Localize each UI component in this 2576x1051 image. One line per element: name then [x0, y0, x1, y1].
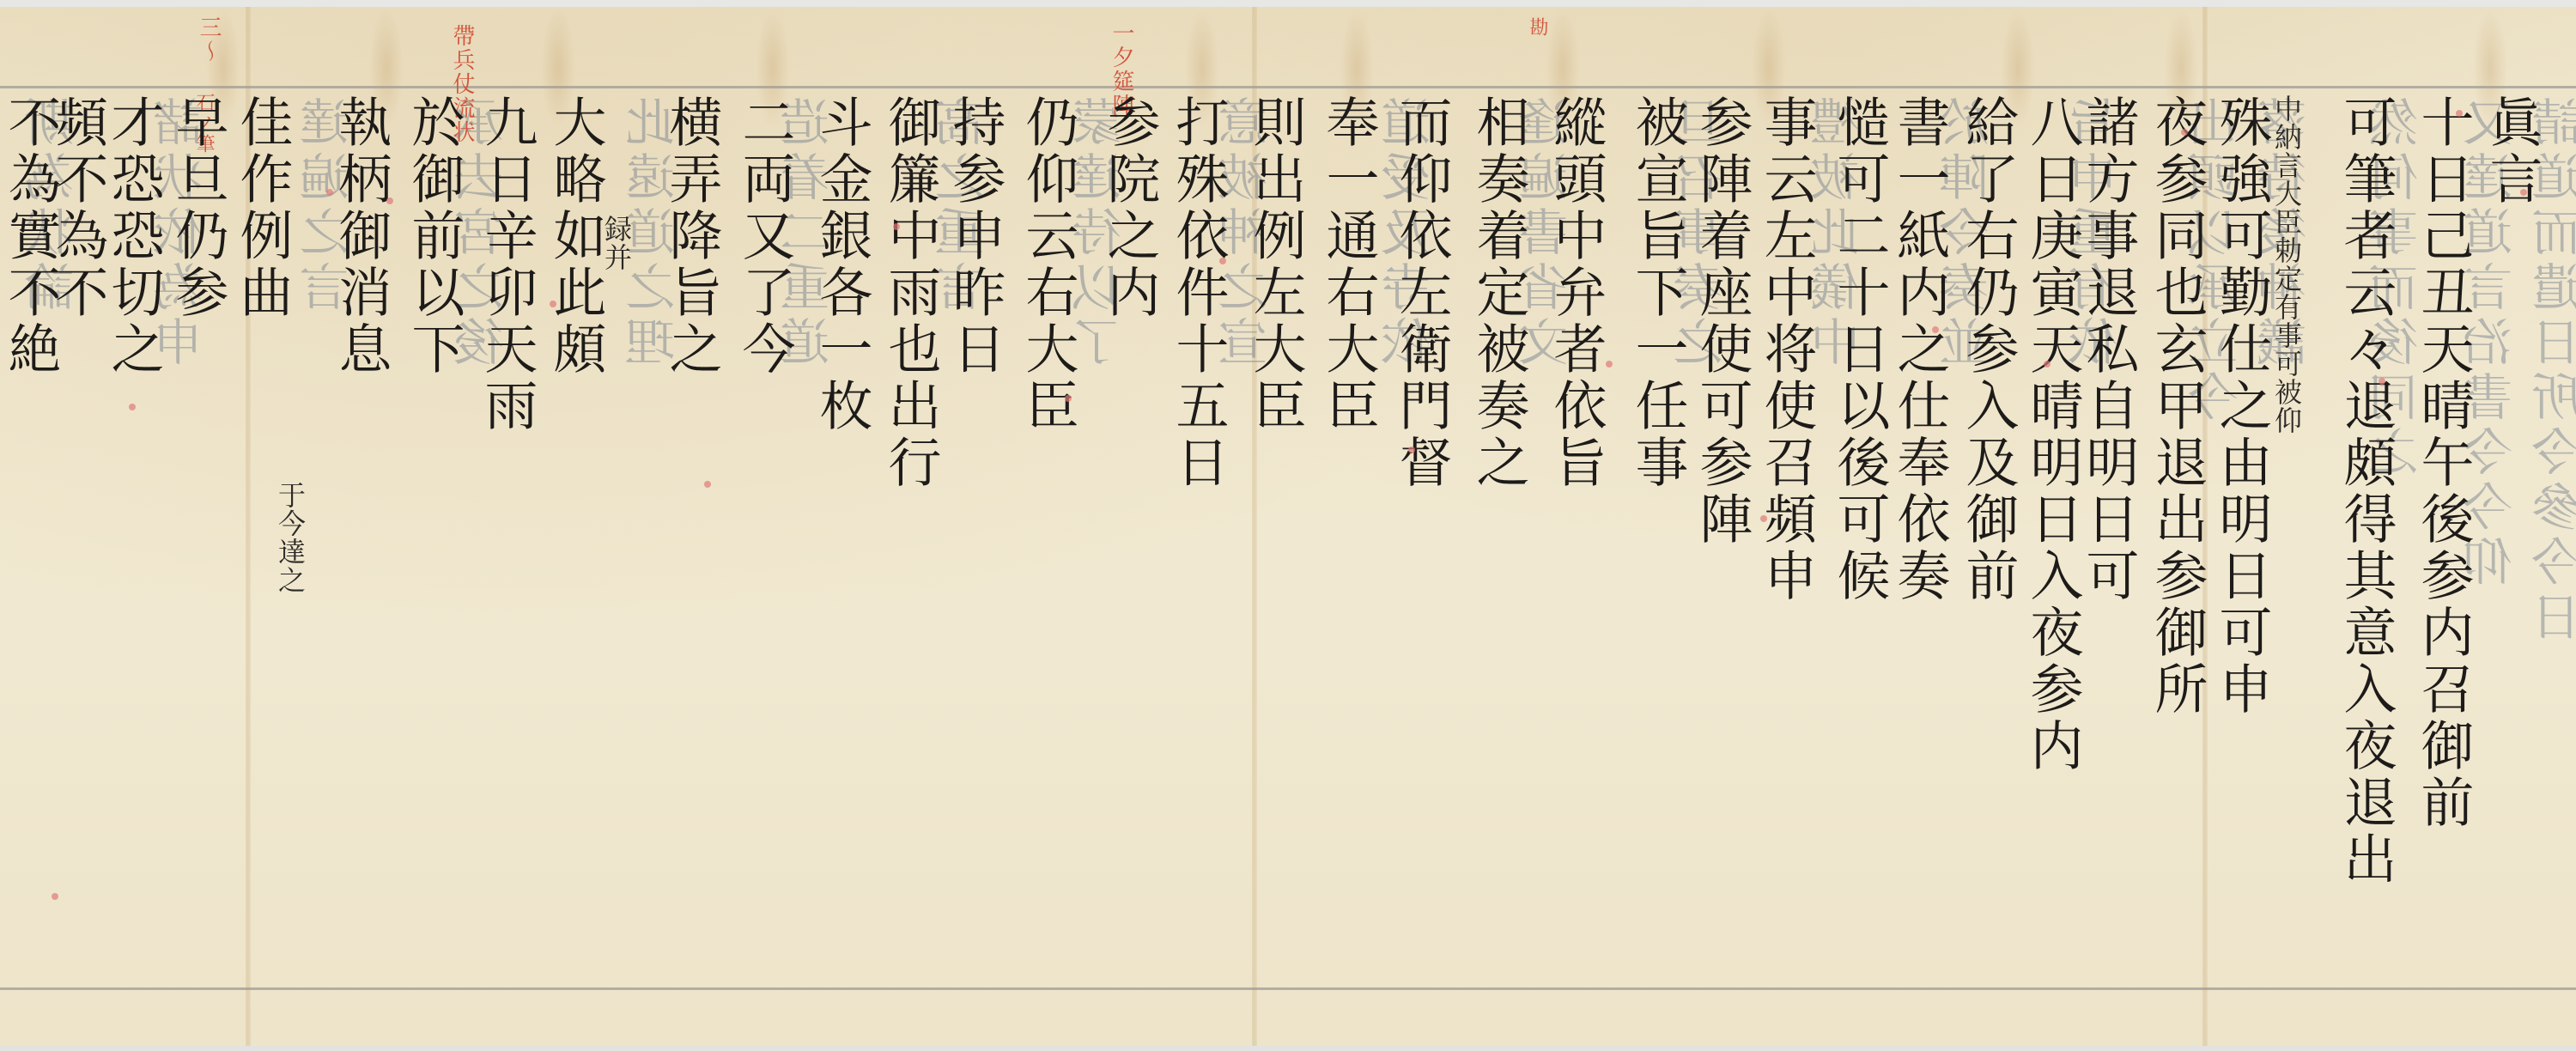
text-column: 事云左中将使召頻申	[1756, 94, 1816, 604]
text-column: 参院之内	[1099, 94, 1159, 321]
text-column: 殊強可勤仕之由明日可申	[2211, 94, 2271, 718]
red-collation-mark	[1606, 361, 1613, 368]
text-column: 夜参同也玄甲退出参御所	[2147, 94, 2207, 718]
upper-ruling-line	[0, 86, 2576, 88]
text-column: 而仰依左衛門督	[1391, 94, 1451, 491]
text-column: 縱頭中弁者依旨	[1546, 94, 1606, 491]
interlinear-note: 中納言大臣勅定有事可被仰	[2271, 94, 2302, 434]
lower-ruling-line	[0, 987, 2576, 990]
red-collation-mark	[326, 189, 333, 196]
text-column: 眞言	[2482, 94, 2542, 208]
text-column: 参陣着座使可参陣	[1692, 94, 1752, 548]
text-column: 横弄降旨之	[661, 94, 721, 378]
red-collation-mark	[52, 893, 58, 900]
red-collation-mark	[1760, 515, 1767, 522]
red-annotation: 三〜	[193, 15, 225, 64]
red-collation-mark	[550, 301, 556, 307]
text-column: 御簾中雨也出行	[880, 94, 940, 491]
text-column: 執柄御消息	[331, 94, 391, 378]
text-column: 被宣旨下一任事	[1627, 94, 1687, 491]
red-collation-mark	[386, 197, 393, 204]
text-column: 大略如此頗	[545, 94, 605, 378]
text-column: 八日庚寅天晴明日入夜参内	[2022, 94, 2082, 775]
text-column: 九日辛卯天雨	[477, 94, 537, 434]
text-column: 不為實不絶	[0, 94, 60, 378]
red-collation-mark	[129, 404, 136, 410]
red-collation-mark	[2044, 361, 2050, 368]
text-column: 則出例左大臣	[1245, 94, 1305, 434]
red-collation-mark	[1065, 395, 1072, 402]
red-annotation: 勘	[1524, 17, 1551, 38]
text-column: 諸方事退私自明日可	[2078, 94, 2138, 604]
red-collation-mark	[1219, 258, 1226, 264]
text-column: 相奏着定被奏之	[1468, 94, 1528, 491]
text-column: 二両又了今	[734, 94, 794, 378]
text-column: 打殊依件十五日	[1168, 94, 1228, 491]
scroll-top-edge	[0, 0, 2576, 7]
red-collation-mark	[704, 481, 711, 488]
text-column: 書一紙内之仕奉依奏	[1889, 94, 1949, 604]
text-column: 奉一通右大臣	[1318, 94, 1378, 434]
red-collation-mark	[2181, 129, 2188, 136]
scroll-bottom-edge	[0, 1046, 2576, 1051]
text-column: 才恐恐切之	[103, 94, 163, 378]
red-collation-mark	[2379, 378, 2385, 385]
red-collation-mark	[2456, 110, 2463, 117]
red-collation-mark	[1408, 447, 1415, 453]
text-column: 佳作例曲	[232, 94, 292, 321]
red-collation-mark	[893, 223, 900, 230]
text-column: 持参申昨日	[945, 94, 1005, 378]
text-column: 於御前以下	[404, 94, 464, 378]
text-column: 可筆者云々退頗得其意入夜退出	[2336, 94, 2396, 888]
manuscript-scroll: 請道而遣日所令參今日 又達道言治書令今仰 然何事而後同之 落待後神議 出頭以承立…	[0, 0, 2576, 1051]
text-column: 斗金銀各一枚	[811, 94, 872, 434]
red-collation-mark	[2520, 189, 2527, 196]
text-column: 十日己丑天晴午後参内召御前	[2413, 94, 2473, 831]
text-column: 仍仰云右大臣	[1018, 94, 1078, 434]
text-column: 早旦仍参	[167, 94, 228, 321]
text-column: 給了右仍参入及御前	[1958, 94, 2018, 604]
interlinear-note: 于今達之	[275, 481, 306, 594]
text-column: 慥可二十日以後可候	[1829, 94, 1889, 604]
red-collation-mark	[1932, 326, 1939, 333]
